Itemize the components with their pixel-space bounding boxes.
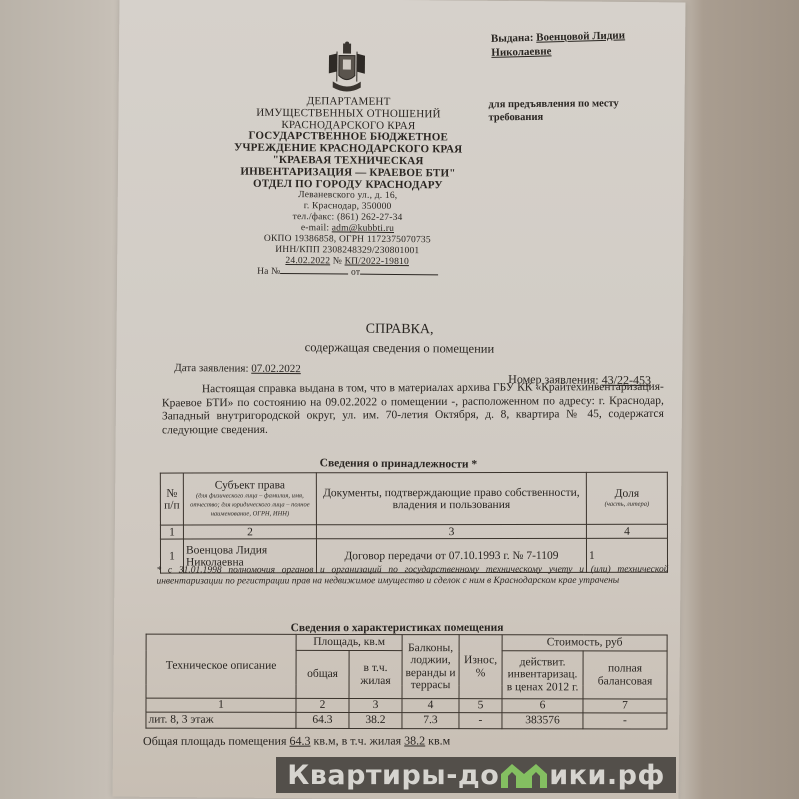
ownership-table: № п/п Субъект права (для физического лиц… [160, 472, 668, 574]
col-header-share: Доля (часть, литера) [586, 472, 667, 524]
reference-line: На № от [217, 267, 477, 280]
col-header-area: Площадь, кв.м [296, 634, 402, 650]
column-numbers-row: 1 2 3 4 5 6 7 [146, 698, 667, 713]
issued-to: Выдана: Военцовой Лидии Николаевне [491, 27, 672, 60]
col-header-cost-full: полная балансовая [583, 651, 667, 699]
characteristics-table: Техническое описание Площадь, кв.м Балко… [145, 634, 667, 730]
col-header-area-total: общая [296, 650, 349, 698]
email-link[interactable]: adm@kubbti.ru [332, 224, 394, 235]
total-area-line: Общая площадь помещения 64.3 кв.м, в т.ч… [143, 733, 563, 749]
col-header-documents: Документы, подтверждающие право собствен… [316, 472, 586, 524]
doc-date: 24.02.2022 [285, 256, 330, 266]
footnote: * с 31.01.1998 полномочия органов и орга… [156, 565, 668, 588]
column-numbers-row: 1 2 3 4 [160, 524, 667, 539]
col-header-num: № п/п [160, 473, 183, 525]
table-row: лит. 8, 3 этаж 64.3 38.2 7.3 - 383576 - [146, 712, 667, 729]
ownership-table-title: Сведения о принадлежности * [115, 456, 681, 473]
characteristics-table-title: Сведения о характеристиках помещения [114, 621, 680, 634]
doc-number: КП/2022-19810 [345, 257, 409, 268]
col-header-wear: Износ, % [459, 635, 502, 699]
watermark: Квартиры-до ики.рф [276, 757, 676, 793]
body-text: Настоящая справка выдана в том, что в ма… [162, 381, 664, 438]
coat-of-arms-icon [325, 41, 369, 97]
col-header-description: Техническое описание [146, 634, 296, 698]
document-page: ДЕПАРТАМЕНТ ИМУЩЕСТВЕННЫХ ОТНОШЕНИЙ КРАС… [113, 0, 686, 799]
document-title: СПРАВКА, [117, 320, 683, 341]
col-header-subject: Субъект права (для физического лица – фа… [183, 473, 316, 525]
house-logo-icon [500, 762, 548, 788]
issuer-header: ДЕПАРТАМЕНТ ИМУЩЕСТВЕННЫХ ОТНОШЕНИЙ КРАС… [217, 95, 479, 280]
col-header-balconies: Балконы, лоджии, веранды и террасы [402, 635, 459, 699]
application-date: Дата заявления: 07.02.2022 [174, 362, 301, 375]
recipient-name: Военцовой Лидии [536, 29, 625, 43]
col-header-area-living: в т.ч. жилая [349, 650, 402, 698]
col-header-cost-actual: действит. инвентаризац. в ценах 2012 г. [502, 651, 583, 699]
purpose: для предъявления по месту требования [488, 97, 668, 125]
col-header-cost: Стоимость, руб [502, 635, 667, 651]
document-subtitle: содержащая сведения о помещении [116, 339, 682, 359]
recipient-patronymic: Николаевне [491, 45, 551, 59]
